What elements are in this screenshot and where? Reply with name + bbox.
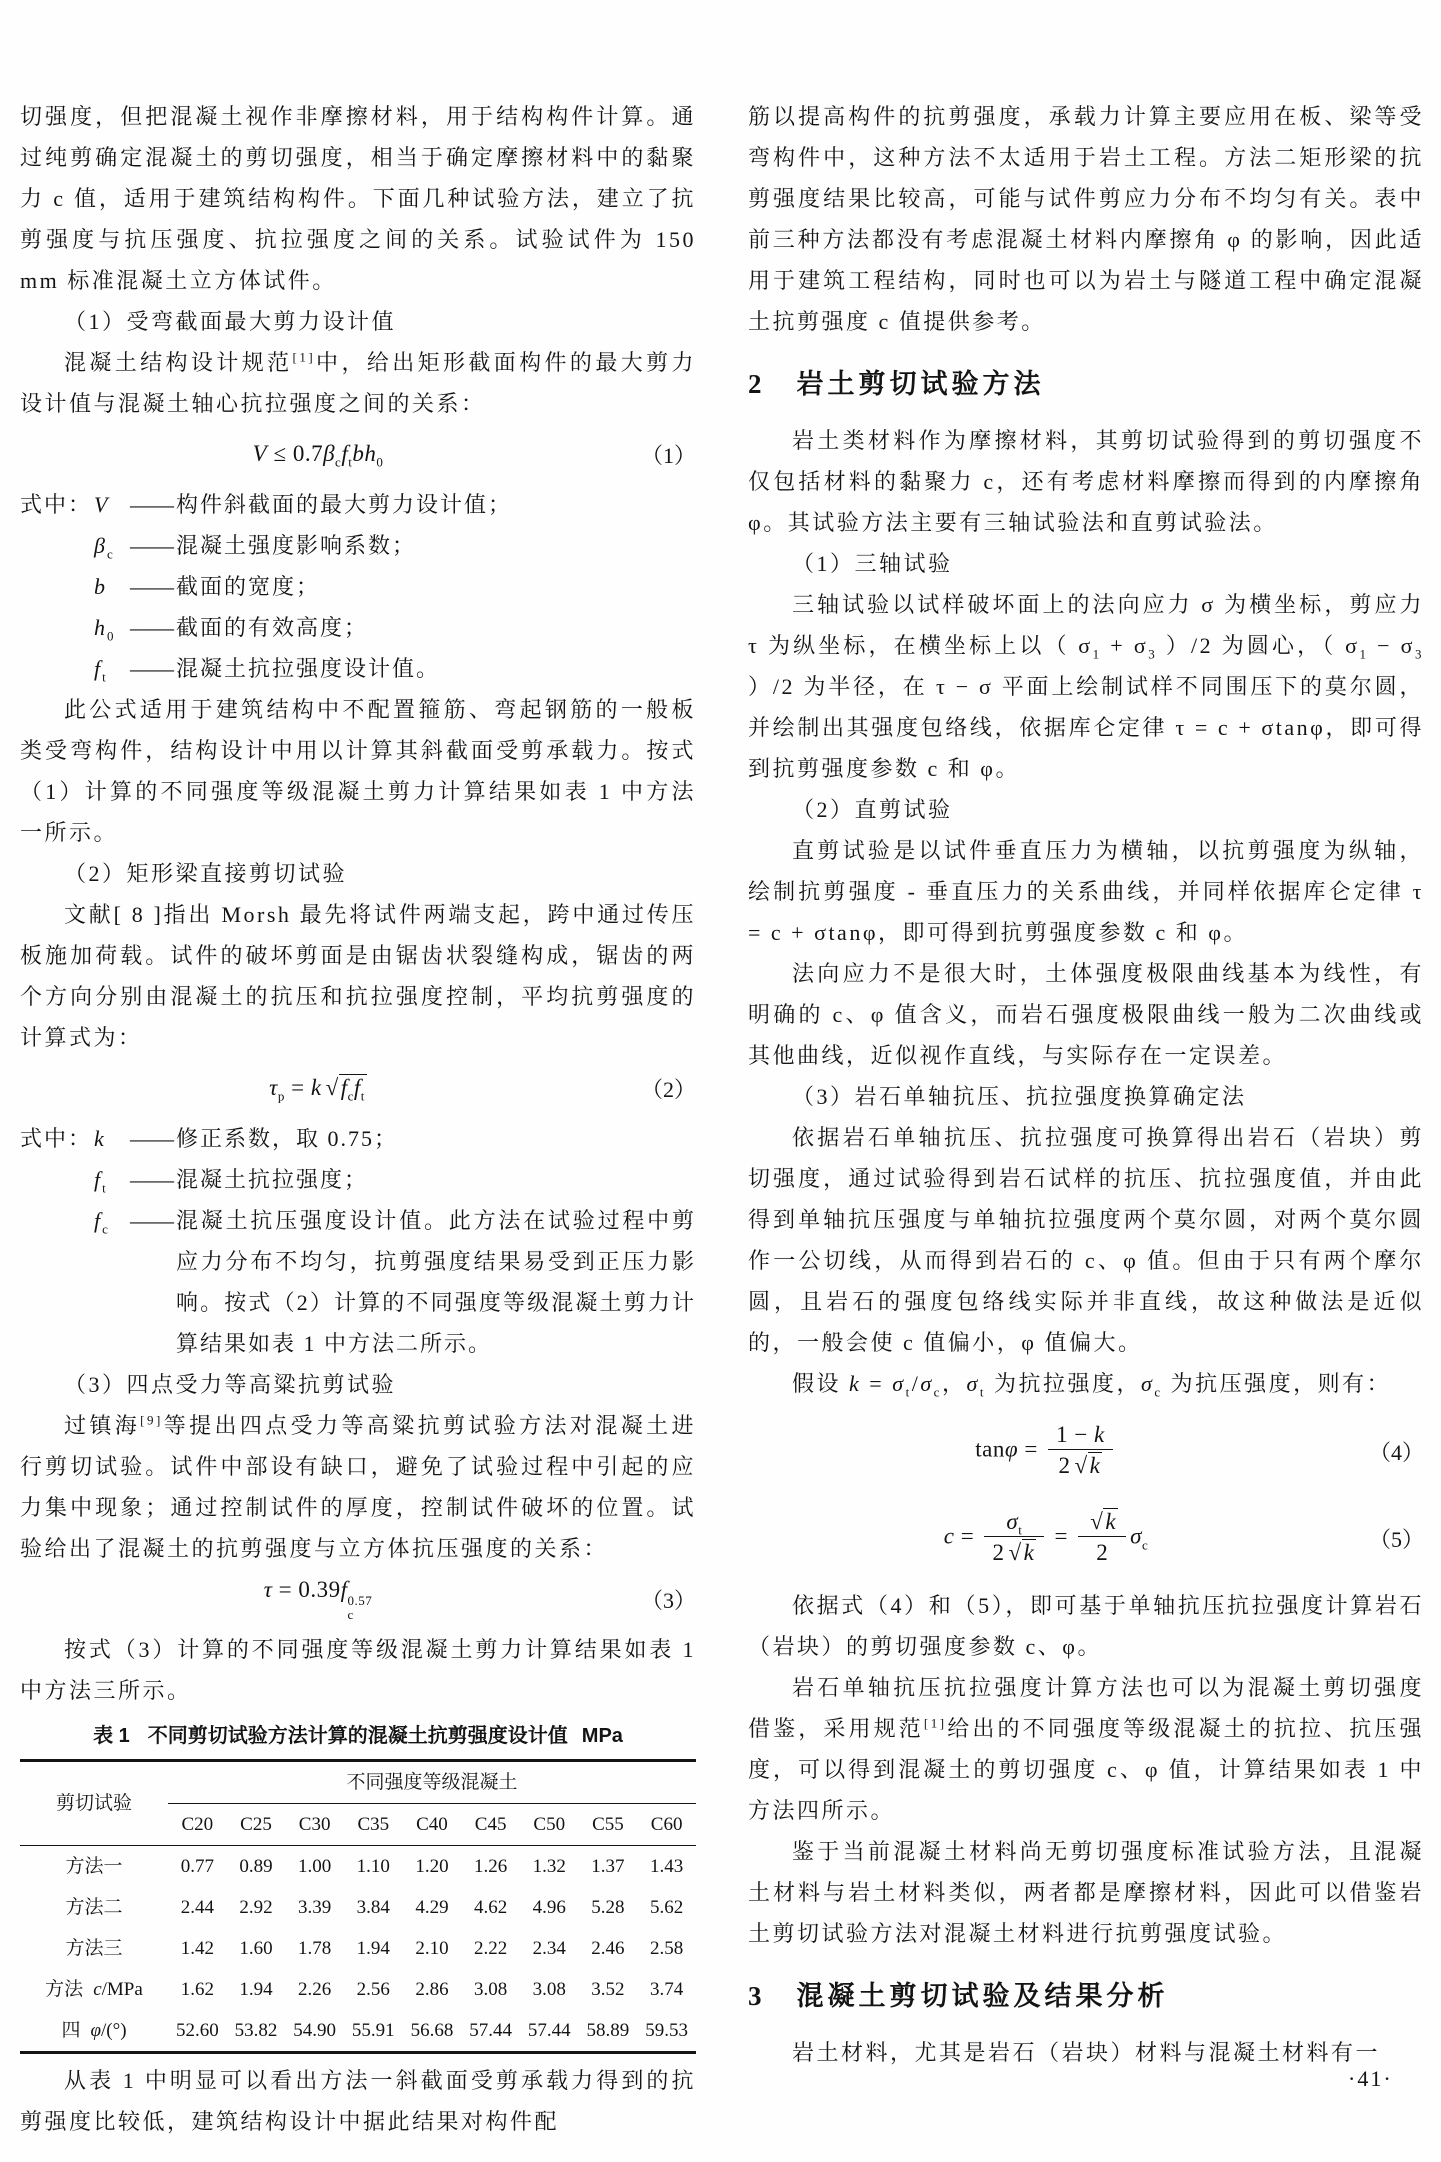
value-cell: 0.77 bbox=[168, 1846, 227, 1888]
math-sub: p bbox=[278, 1089, 285, 1104]
math-num: 2 bbox=[1096, 1540, 1108, 1565]
section-heading-3: 3 混凝土剪切试验及结果分析 bbox=[748, 1976, 1424, 2016]
definition-item: 式中： k —— 修正系数，取 0.75； bbox=[20, 1118, 696, 1159]
definition-text: 混凝土强度影响系数； bbox=[176, 525, 696, 566]
radical-sign: √ bbox=[1074, 1453, 1087, 1478]
grade-cell: C25 bbox=[227, 1804, 286, 1846]
math-op: = bbox=[861, 1371, 892, 1396]
paragraph-assumption: 假设 k = σt/σc，σt 为抗拉强度，σc 为抗压强度，则有： bbox=[748, 1363, 1424, 1404]
value-cell: 4.96 bbox=[520, 1887, 579, 1928]
radical: √k bbox=[1008, 1540, 1036, 1565]
radical-body: k bbox=[1103, 1508, 1118, 1534]
grade-cell: C45 bbox=[461, 1804, 520, 1846]
subheading-item-3: （3）四点受力等高粱抗剪试验 bbox=[20, 1364, 696, 1405]
math-var: bh bbox=[352, 441, 376, 466]
definition-item: βc —— 混凝土强度影响系数； bbox=[20, 525, 696, 566]
value-cell: 3.74 bbox=[637, 1969, 696, 2010]
value-cell: 1.43 bbox=[637, 1846, 696, 1888]
text-segment: ， bbox=[942, 1371, 967, 1396]
math-var: φ bbox=[90, 2020, 101, 2041]
table-caption: 表 1不同剪切试验方法计算的混凝土抗剪强度设计值MPa bbox=[20, 1721, 696, 1751]
grade-cell: C35 bbox=[344, 1804, 403, 1846]
math-var: β bbox=[323, 441, 335, 466]
math-sub: 3 bbox=[1148, 646, 1157, 661]
subheading-rock-conversion: （3）岩石单轴抗压、抗拉强度换算确定法 bbox=[748, 1076, 1424, 1117]
value-cell: 2.58 bbox=[637, 1928, 696, 1969]
value-cell: 5.62 bbox=[637, 1887, 696, 1928]
definition-text: 修正系数，取 0.75； bbox=[176, 1118, 696, 1159]
math-op: = 0.39 bbox=[272, 1577, 340, 1602]
reference-superscript: [9] bbox=[140, 1413, 163, 1428]
definition-prefix bbox=[20, 607, 94, 648]
equation-2: τp = k√fcft （2） bbox=[20, 1065, 696, 1111]
math-var: k bbox=[94, 1126, 106, 1151]
math-var: k bbox=[1094, 1422, 1105, 1447]
equation-1-body: V ≤ 0.7βcftbh0 bbox=[20, 441, 616, 467]
math-var: c bbox=[93, 1979, 101, 2000]
equation-5-number: （5） bbox=[1344, 1523, 1424, 1554]
definition-prefix bbox=[20, 525, 94, 566]
math-var: V bbox=[253, 441, 268, 466]
row-label-part: 四 bbox=[61, 2020, 80, 2041]
math-sub: c bbox=[934, 1384, 942, 1399]
math-sub: c bbox=[1142, 1537, 1148, 1552]
math-var: k bbox=[1024, 1540, 1035, 1565]
math-var: b bbox=[94, 574, 107, 599]
grade-cell: C50 bbox=[520, 1804, 579, 1846]
subheading-item-1: （1）受弯截面最大剪力设计值 bbox=[20, 301, 696, 342]
paragraph-design-code: 混凝土结构设计规范[1]中，给出矩形截面构件的最大剪力设计值与混凝土轴心抗拉强度… bbox=[20, 342, 696, 424]
value-cell: 3.08 bbox=[520, 1969, 579, 2010]
grade-cell: C40 bbox=[403, 1804, 462, 1846]
grade-cell: C60 bbox=[637, 1804, 696, 1846]
equation-2-body: τp = k√fcft bbox=[20, 1075, 616, 1101]
value-cell: 3.52 bbox=[579, 1969, 638, 2010]
table-header-shear-test: 剪切试验 bbox=[20, 1761, 168, 1846]
text-segment: 假设 bbox=[792, 1371, 849, 1396]
definition-prefix bbox=[20, 1159, 94, 1200]
table-caption-unit: MPa bbox=[582, 1725, 623, 1747]
paragraph-table-remark: 从表 1 中明显可以看出方法一斜截面受剪承载力得到的抗剪强度比较低，建筑结构设计… bbox=[20, 2060, 696, 2142]
value-cell: 54.90 bbox=[285, 2010, 344, 2053]
text-segment: 为抗压强度，则有： bbox=[1163, 1371, 1392, 1396]
value-cell: 58.89 bbox=[579, 2010, 638, 2053]
equation-4-body: tanφ = 1 − k2√k bbox=[748, 1421, 1344, 1482]
definition-text: 截面的宽度； bbox=[176, 566, 696, 607]
equation-1-number: （1） bbox=[616, 439, 696, 470]
definition-var: V bbox=[94, 484, 130, 525]
radical: √k bbox=[1074, 1453, 1102, 1478]
math-num: 2 bbox=[992, 1540, 1004, 1565]
paragraph-apply-eq3: 按式（3）计算的不同强度等级混凝土剪力计算结果如表 1 中方法三所示。 bbox=[20, 1629, 696, 1711]
definition-dash: —— bbox=[130, 525, 176, 566]
definition-var: ft bbox=[94, 648, 130, 689]
math-sub: 0 bbox=[376, 455, 383, 470]
grade-cell: C55 bbox=[579, 1804, 638, 1846]
definition-prefix bbox=[20, 566, 94, 607]
definition-var: βc bbox=[94, 525, 130, 566]
equation-1: V ≤ 0.7βcftbh0 （1） bbox=[20, 431, 696, 477]
value-cell: 1.62 bbox=[168, 1969, 227, 2010]
fraction-numerator: √k bbox=[1078, 1508, 1126, 1537]
math-var: k bbox=[311, 1075, 322, 1100]
math-var: k bbox=[1105, 1509, 1116, 1534]
value-cell: 0.89 bbox=[227, 1846, 286, 1888]
radical-body: k bbox=[1088, 1452, 1103, 1478]
paragraph-rock-conversion: 依据岩石单轴抗压、抗拉强度可换算得出岩石（岩块）剪切强度，通过试验得到岩石试样的… bbox=[748, 1117, 1424, 1363]
equation-5: c = σt2√k = √k2σc （5） bbox=[748, 1498, 1424, 1578]
definition-prefix: 式中： bbox=[20, 484, 94, 525]
reference-superscript: [1] bbox=[293, 350, 316, 365]
row-label: 方法c/MPa bbox=[20, 1969, 168, 2010]
equation-3-number: （3） bbox=[616, 1584, 696, 1615]
fraction: 1 − k2√k bbox=[1048, 1421, 1113, 1482]
row-label-unit: /(°) bbox=[101, 2020, 127, 2041]
math-sub: t bbox=[361, 1089, 365, 1104]
definition-item: 式中： V —— 构件斜截面的最大剪力设计值； bbox=[20, 484, 696, 525]
math-sub: c bbox=[102, 1221, 110, 1236]
text-segment: ）/2 为半径，在 τ − σ 平面上绘制试样不同围压下的莫尔圆，并绘制出其强度… bbox=[748, 674, 1424, 781]
table-row-method2: 方法二 2.44 2.92 3.39 3.84 4.29 4.62 4.96 5… bbox=[20, 1887, 696, 1928]
value-cell: 56.68 bbox=[403, 2010, 462, 2053]
math-var: f bbox=[94, 1167, 102, 1192]
value-cell: 2.46 bbox=[579, 1928, 638, 1969]
math-sub: 3 bbox=[1415, 646, 1424, 661]
definition-var: h0 bbox=[94, 607, 130, 648]
row-label: 方法一 bbox=[20, 1846, 168, 1888]
math-sub: c bbox=[348, 1608, 373, 1622]
math-sub: c bbox=[1154, 1384, 1162, 1399]
value-cell: 2.22 bbox=[461, 1928, 520, 1969]
right-column: 筋以提高构件的抗剪强度，承载力计算主要应用在板、梁等受弯构件中，这种方法不太适用… bbox=[748, 96, 1424, 2073]
value-cell: 3.84 bbox=[344, 1887, 403, 1928]
value-cell: 1.60 bbox=[227, 1928, 286, 1969]
definition-dash: —— bbox=[130, 1159, 176, 1200]
definition-item: ft —— 混凝土抗拉强度； bbox=[20, 1159, 696, 1200]
fraction: √k2 bbox=[1078, 1508, 1126, 1569]
value-cell: 1.37 bbox=[579, 1846, 638, 1888]
table-caption-title: 不同剪切试验方法计算的混凝土抗剪强度设计值 bbox=[148, 1725, 568, 1747]
grade-cell: C30 bbox=[285, 1804, 344, 1846]
results-table: 剪切试验 不同强度等级混凝土 C20 C25 C30 C35 C40 C45 C… bbox=[20, 1759, 696, 2054]
value-cell: 1.78 bbox=[285, 1928, 344, 1969]
fraction-denominator: 2√k bbox=[1048, 1449, 1113, 1481]
fraction-numerator: 1 − k bbox=[1048, 1421, 1113, 1450]
definition-dash: —— bbox=[130, 566, 176, 607]
row-label-unit: /MPa bbox=[102, 1979, 143, 2000]
definition-item: ft —— 混凝土抗拉强度设计值。 bbox=[20, 648, 696, 689]
value-cell: 5.28 bbox=[579, 1887, 638, 1928]
math-sub: t bbox=[1018, 1522, 1022, 1537]
definition-list-1: 式中： V —— 构件斜截面的最大剪力设计值； βc —— 混凝土强度影响系数；… bbox=[20, 484, 696, 689]
subheading-triaxial: （1）三轴试验 bbox=[748, 543, 1424, 584]
text-segment: 为抗拉强度， bbox=[986, 1371, 1141, 1396]
math-var: V bbox=[94, 492, 109, 517]
math-var: f bbox=[94, 656, 102, 681]
value-cell: 2.34 bbox=[520, 1928, 579, 1969]
radical-body: k bbox=[1022, 1539, 1037, 1565]
math-var: f bbox=[341, 1577, 348, 1602]
definition-text: 混凝土抗拉强度； bbox=[176, 1159, 696, 1200]
fraction-numerator: σt bbox=[984, 1508, 1044, 1537]
math-var: f bbox=[341, 1075, 348, 1100]
math-var: β bbox=[94, 533, 107, 558]
math-var: σ bbox=[892, 1371, 905, 1396]
definition-text: 构件斜截面的最大剪力设计值； bbox=[176, 484, 696, 525]
math-var: h bbox=[94, 615, 107, 640]
math-sup: 0.57 bbox=[348, 1594, 373, 1608]
value-cell: 1.26 bbox=[461, 1846, 520, 1888]
math-var: σ bbox=[966, 1371, 979, 1396]
definition-prefix bbox=[20, 648, 94, 689]
paragraph-triaxial: 三轴试验以试样破坏面上的法向应力 σ 为横坐标，剪应力 τ 为纵坐标，在横坐标上… bbox=[748, 584, 1424, 789]
definition-item: h0 —— 截面的有效高度； bbox=[20, 607, 696, 648]
math-num: 2 bbox=[1058, 1453, 1070, 1478]
left-column: 切强度，但把混凝土视作非摩擦材料，用于结构构件计算。通过纯剪确定混凝土的剪切强度… bbox=[20, 96, 696, 2142]
row-label: 方法二 bbox=[20, 1887, 168, 1928]
definition-text: 截面的有效高度； bbox=[176, 607, 696, 648]
math-op: 1 − bbox=[1056, 1422, 1094, 1447]
radical: √fcft bbox=[326, 1075, 367, 1100]
value-cell: 53.82 bbox=[227, 2010, 286, 2053]
value-cell: 4.62 bbox=[461, 1887, 520, 1928]
math-sub: 0 bbox=[107, 628, 116, 643]
text-segment: + σ bbox=[1102, 633, 1149, 658]
definition-dash: —— bbox=[130, 1118, 176, 1159]
value-cell: 2.92 bbox=[227, 1887, 286, 1928]
math-sub: t bbox=[102, 669, 108, 684]
paragraph-direct-shear: 直剪试验是以试件垂直压力为横轴，以抗剪强度为纵轴，绘制抗剪强度 - 垂直压力的关… bbox=[748, 830, 1424, 953]
math-sub: c bbox=[107, 546, 115, 561]
value-cell: 4.29 bbox=[403, 1887, 462, 1928]
value-cell: 57.44 bbox=[461, 2010, 520, 2053]
radical-body: fcft bbox=[339, 1074, 367, 1100]
page-number: ·41· bbox=[1348, 2066, 1393, 2092]
value-cell: 2.44 bbox=[168, 1887, 227, 1928]
math-var: σ bbox=[920, 1371, 933, 1396]
definition-dash: —— bbox=[130, 648, 176, 689]
math-var: c bbox=[944, 1523, 955, 1548]
text-segment: ）/2 为圆心，（ σ bbox=[1157, 633, 1359, 658]
value-cell: 55.91 bbox=[344, 2010, 403, 2053]
text-segment: − σ bbox=[1368, 633, 1415, 658]
row-label: 四φ/(°) bbox=[20, 2010, 168, 2053]
math-var: τ bbox=[269, 1075, 278, 1100]
paragraph-given-similarity: 鉴于当前混凝土材料尚无剪切强度标准试验方法，且混凝土材料与岩土材料类似，两者都是… bbox=[748, 1831, 1424, 1954]
definition-var: b bbox=[94, 566, 130, 607]
value-cell: 1.20 bbox=[403, 1846, 462, 1888]
subheading-direct-shear: （2）直剪试验 bbox=[748, 789, 1424, 830]
fraction-denominator: 2 bbox=[1078, 1536, 1126, 1568]
paragraph-apply-eq1: 此公式适用于建筑结构中不配置箍筋、弯起钢筋的一般板类受弯构件，结构设计中用以计算… bbox=[20, 689, 696, 853]
radical: √k bbox=[1090, 1509, 1118, 1534]
value-cell: 3.08 bbox=[461, 1969, 520, 2010]
paragraph-geo-material: 岩土类材料作为摩擦材料，其剪切试验得到的剪切强度不仅包括材料的黏聚力 c，还有考… bbox=[748, 420, 1424, 543]
equation-3-body: τ = 0.39f0.57c bbox=[20, 1577, 616, 1622]
equation-5-body: c = σt2√k = √k2σc bbox=[748, 1508, 1344, 1569]
definition-prefix bbox=[20, 1200, 94, 1364]
definition-item: fc —— 混凝土抗压强度设计值。此方法在试验过程中剪应力分布不均匀，抗剪强度结… bbox=[20, 1200, 696, 1364]
value-cell: 1.10 bbox=[344, 1846, 403, 1888]
definition-text: 混凝土抗拉强度设计值。 bbox=[176, 648, 696, 689]
value-cell: 2.86 bbox=[403, 1969, 462, 2010]
reference-superscript: [1] bbox=[924, 1716, 947, 1731]
math-var: σ bbox=[1130, 1523, 1142, 1548]
table-row-method1: 方法一 0.77 0.89 1.00 1.10 1.20 1.26 1.32 1… bbox=[20, 1846, 696, 1888]
math-var: k bbox=[849, 1371, 861, 1396]
definition-list-2: 式中： k —— 修正系数，取 0.75； ft —— 混凝土抗拉强度； fc … bbox=[20, 1118, 696, 1364]
math-sub: 1 bbox=[1093, 646, 1102, 661]
value-cell: 1.42 bbox=[168, 1928, 227, 1969]
math-op: = bbox=[1048, 1523, 1074, 1548]
definition-dash: —— bbox=[130, 1200, 176, 1364]
paragraph-borrow-method: 岩石单轴抗压抗拉强度计算方法也可以为混凝土剪切强度借鉴，采用规范[1]给出的不同… bbox=[748, 1667, 1424, 1831]
math-var: f bbox=[354, 1075, 361, 1100]
definition-prefix: 式中： bbox=[20, 1118, 94, 1159]
math-var: f bbox=[94, 1208, 102, 1233]
radical-sign: √ bbox=[1090, 1509, 1103, 1534]
fraction-denominator: 2√k bbox=[984, 1536, 1044, 1568]
math-op: = bbox=[954, 1523, 980, 1548]
table-header-group: 不同强度等级混凝土 bbox=[168, 1761, 696, 1804]
fraction: σt2√k bbox=[984, 1508, 1044, 1569]
equation-3: τ = 0.39f0.57c （3） bbox=[20, 1576, 696, 1622]
paragraph-continued-right: 筋以提高构件的抗剪强度，承载力计算主要应用在板、梁等受弯构件中，这种方法不太适用… bbox=[748, 96, 1424, 342]
grade-cell: C20 bbox=[168, 1804, 227, 1846]
definition-text: 混凝土抗压强度设计值。此方法在试验过程中剪应力分布不均匀，抗剪强度结果易受到正压… bbox=[176, 1200, 696, 1364]
definition-var: fc bbox=[94, 1200, 130, 1364]
value-cell: 1.94 bbox=[344, 1928, 403, 1969]
value-cell: 59.53 bbox=[637, 2010, 696, 2053]
value-cell: 2.10 bbox=[403, 1928, 462, 1969]
equation-4: tanφ = 1 − k2√k （4） bbox=[748, 1411, 1424, 1491]
table-row-method4-phi: 四φ/(°) 52.60 53.82 54.90 55.91 56.68 57.… bbox=[20, 2010, 696, 2053]
value-cell: 52.60 bbox=[168, 2010, 227, 2053]
paragraph-morsh: 文献[ 8 ]指出 Morsh 最先将试件两端支起，跨中通过传压板施加荷载。试件… bbox=[20, 894, 696, 1058]
math-op: = bbox=[1018, 1436, 1044, 1461]
equation-4-number: （4） bbox=[1344, 1436, 1424, 1467]
math-op: ≤ 0.7 bbox=[267, 441, 323, 466]
definition-dash: —— bbox=[130, 484, 176, 525]
row-label: 方法三 bbox=[20, 1928, 168, 1969]
math-var: k bbox=[1090, 1453, 1101, 1478]
math-fn: tan bbox=[975, 1436, 1005, 1461]
paper-page: 切强度，但把混凝土视作非摩擦材料，用于结构构件计算。通过纯剪确定混凝土的剪切强度… bbox=[0, 0, 1441, 2162]
equation-2-number: （2） bbox=[616, 1073, 696, 1104]
radical-sign: √ bbox=[1008, 1540, 1021, 1565]
value-cell: 1.94 bbox=[227, 1969, 286, 2010]
value-cell: 1.00 bbox=[285, 1846, 344, 1888]
row-label-part: 方法 bbox=[45, 1979, 83, 2000]
table-caption-label: 表 1 bbox=[93, 1725, 130, 1747]
text-segment: 混凝土结构设计规范 bbox=[64, 350, 293, 375]
paragraph-continued: 切强度，但把混凝土视作非摩擦材料，用于结构构件计算。通过纯剪确定混凝土的剪切强度… bbox=[20, 96, 696, 301]
paragraph-last: 岩土材料，尤其是岩石（岩块）材料与混凝土材料有一 bbox=[748, 2032, 1424, 2073]
value-cell: 2.26 bbox=[285, 1969, 344, 2010]
value-cell: 1.32 bbox=[520, 1846, 579, 1888]
table-row-method4-c: 方法c/MPa 1.62 1.94 2.26 2.56 2.86 3.08 3.… bbox=[20, 1969, 696, 2010]
radical-sign: √ bbox=[326, 1075, 339, 1100]
table-row-method3: 方法三 1.42 1.60 1.78 1.94 2.10 2.22 2.34 2… bbox=[20, 1928, 696, 1969]
definition-dash: —— bbox=[130, 607, 176, 648]
math-var: φ bbox=[1005, 1436, 1018, 1461]
value-cell: 2.56 bbox=[344, 1969, 403, 2010]
math-sub: t bbox=[102, 1180, 108, 1195]
paragraph-normal-stress: 法向应力不是很大时，土体强度极限曲线基本为线性，有明确的 c、φ 值含义，而岩石… bbox=[748, 953, 1424, 1076]
value-cell: 57.44 bbox=[520, 2010, 579, 2053]
math-scripts: 0.57c bbox=[348, 1594, 373, 1622]
definition-item: b —— 截面的宽度； bbox=[20, 566, 696, 607]
section-heading-2: 2 岩土剪切试验方法 bbox=[748, 364, 1424, 404]
math-op: = bbox=[285, 1075, 311, 1100]
definition-var: k bbox=[94, 1118, 130, 1159]
definition-var: ft bbox=[94, 1159, 130, 1200]
value-cell: 3.39 bbox=[285, 1887, 344, 1928]
math-var: σ bbox=[1006, 1509, 1018, 1534]
paragraph-guozhenhai: 过镇海[9]等提出四点受力等高粱抗剪试验方法对混凝土进行剪切试验。试件中部设有缺… bbox=[20, 1405, 696, 1569]
subheading-item-2: （2）矩形梁直接剪切试验 bbox=[20, 853, 696, 894]
math-var: σ bbox=[1141, 1371, 1154, 1396]
paragraph-apply-eq45: 依据式（4）和（5），即可基于单轴抗压抗拉强度计算岩石（岩块）的剪切强度参数 c… bbox=[748, 1585, 1424, 1667]
text-segment: 过镇海 bbox=[64, 1413, 140, 1438]
